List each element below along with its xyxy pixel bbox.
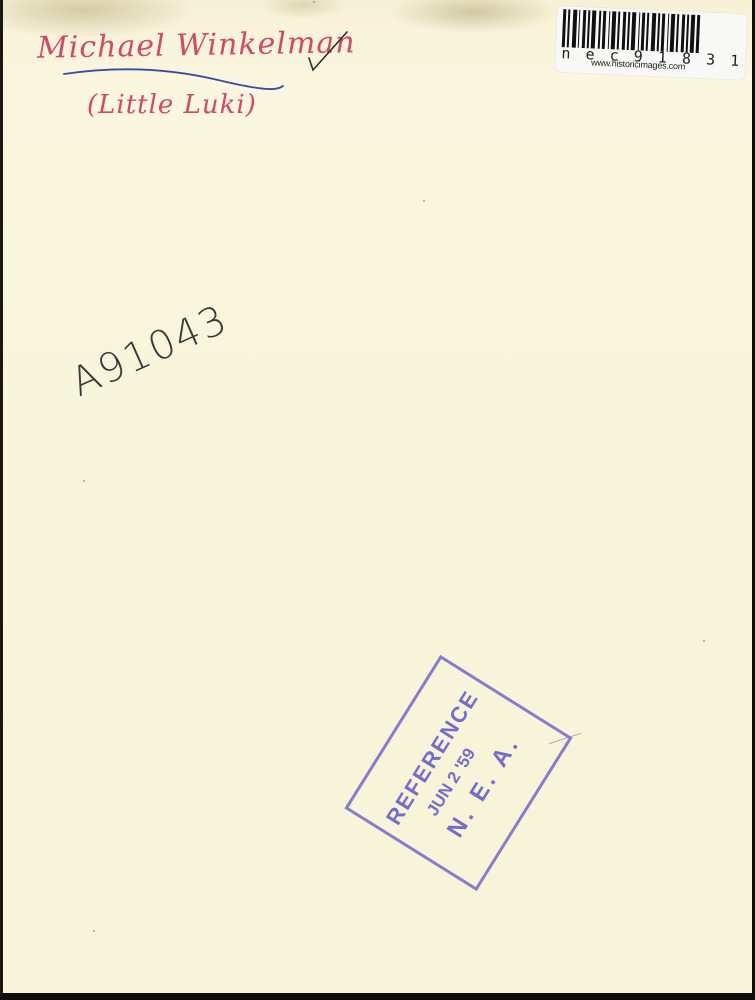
barcode-char: 1 — [730, 51, 740, 69]
handwritten-role: (Little Luki) — [87, 90, 257, 120]
paper-speck — [423, 200, 425, 202]
reference-stamp: REFERENCE JUN 2 '59 N. E. A. — [344, 655, 572, 891]
barcode-char: 3 — [706, 50, 716, 68]
scanned-document: Michael Winkelman (Little Luki) A91043 — [0, 0, 755, 1000]
pencil-catalog-number: A91043 — [64, 296, 235, 406]
photo-back-paper: Michael Winkelman (Little Luki) A91043 — [3, 0, 755, 993]
paper-speck — [93, 930, 95, 932]
barcode-label: n e c 9 1 8 3 1 www.historicimages.com — [555, 6, 748, 80]
checkmark-icon — [303, 28, 353, 74]
scan-border-bottom — [0, 993, 755, 1000]
paper-speck — [83, 480, 85, 482]
barcode-char: n — [561, 44, 571, 62]
paper-speck — [313, 1, 315, 3]
paper-speck — [703, 640, 705, 642]
